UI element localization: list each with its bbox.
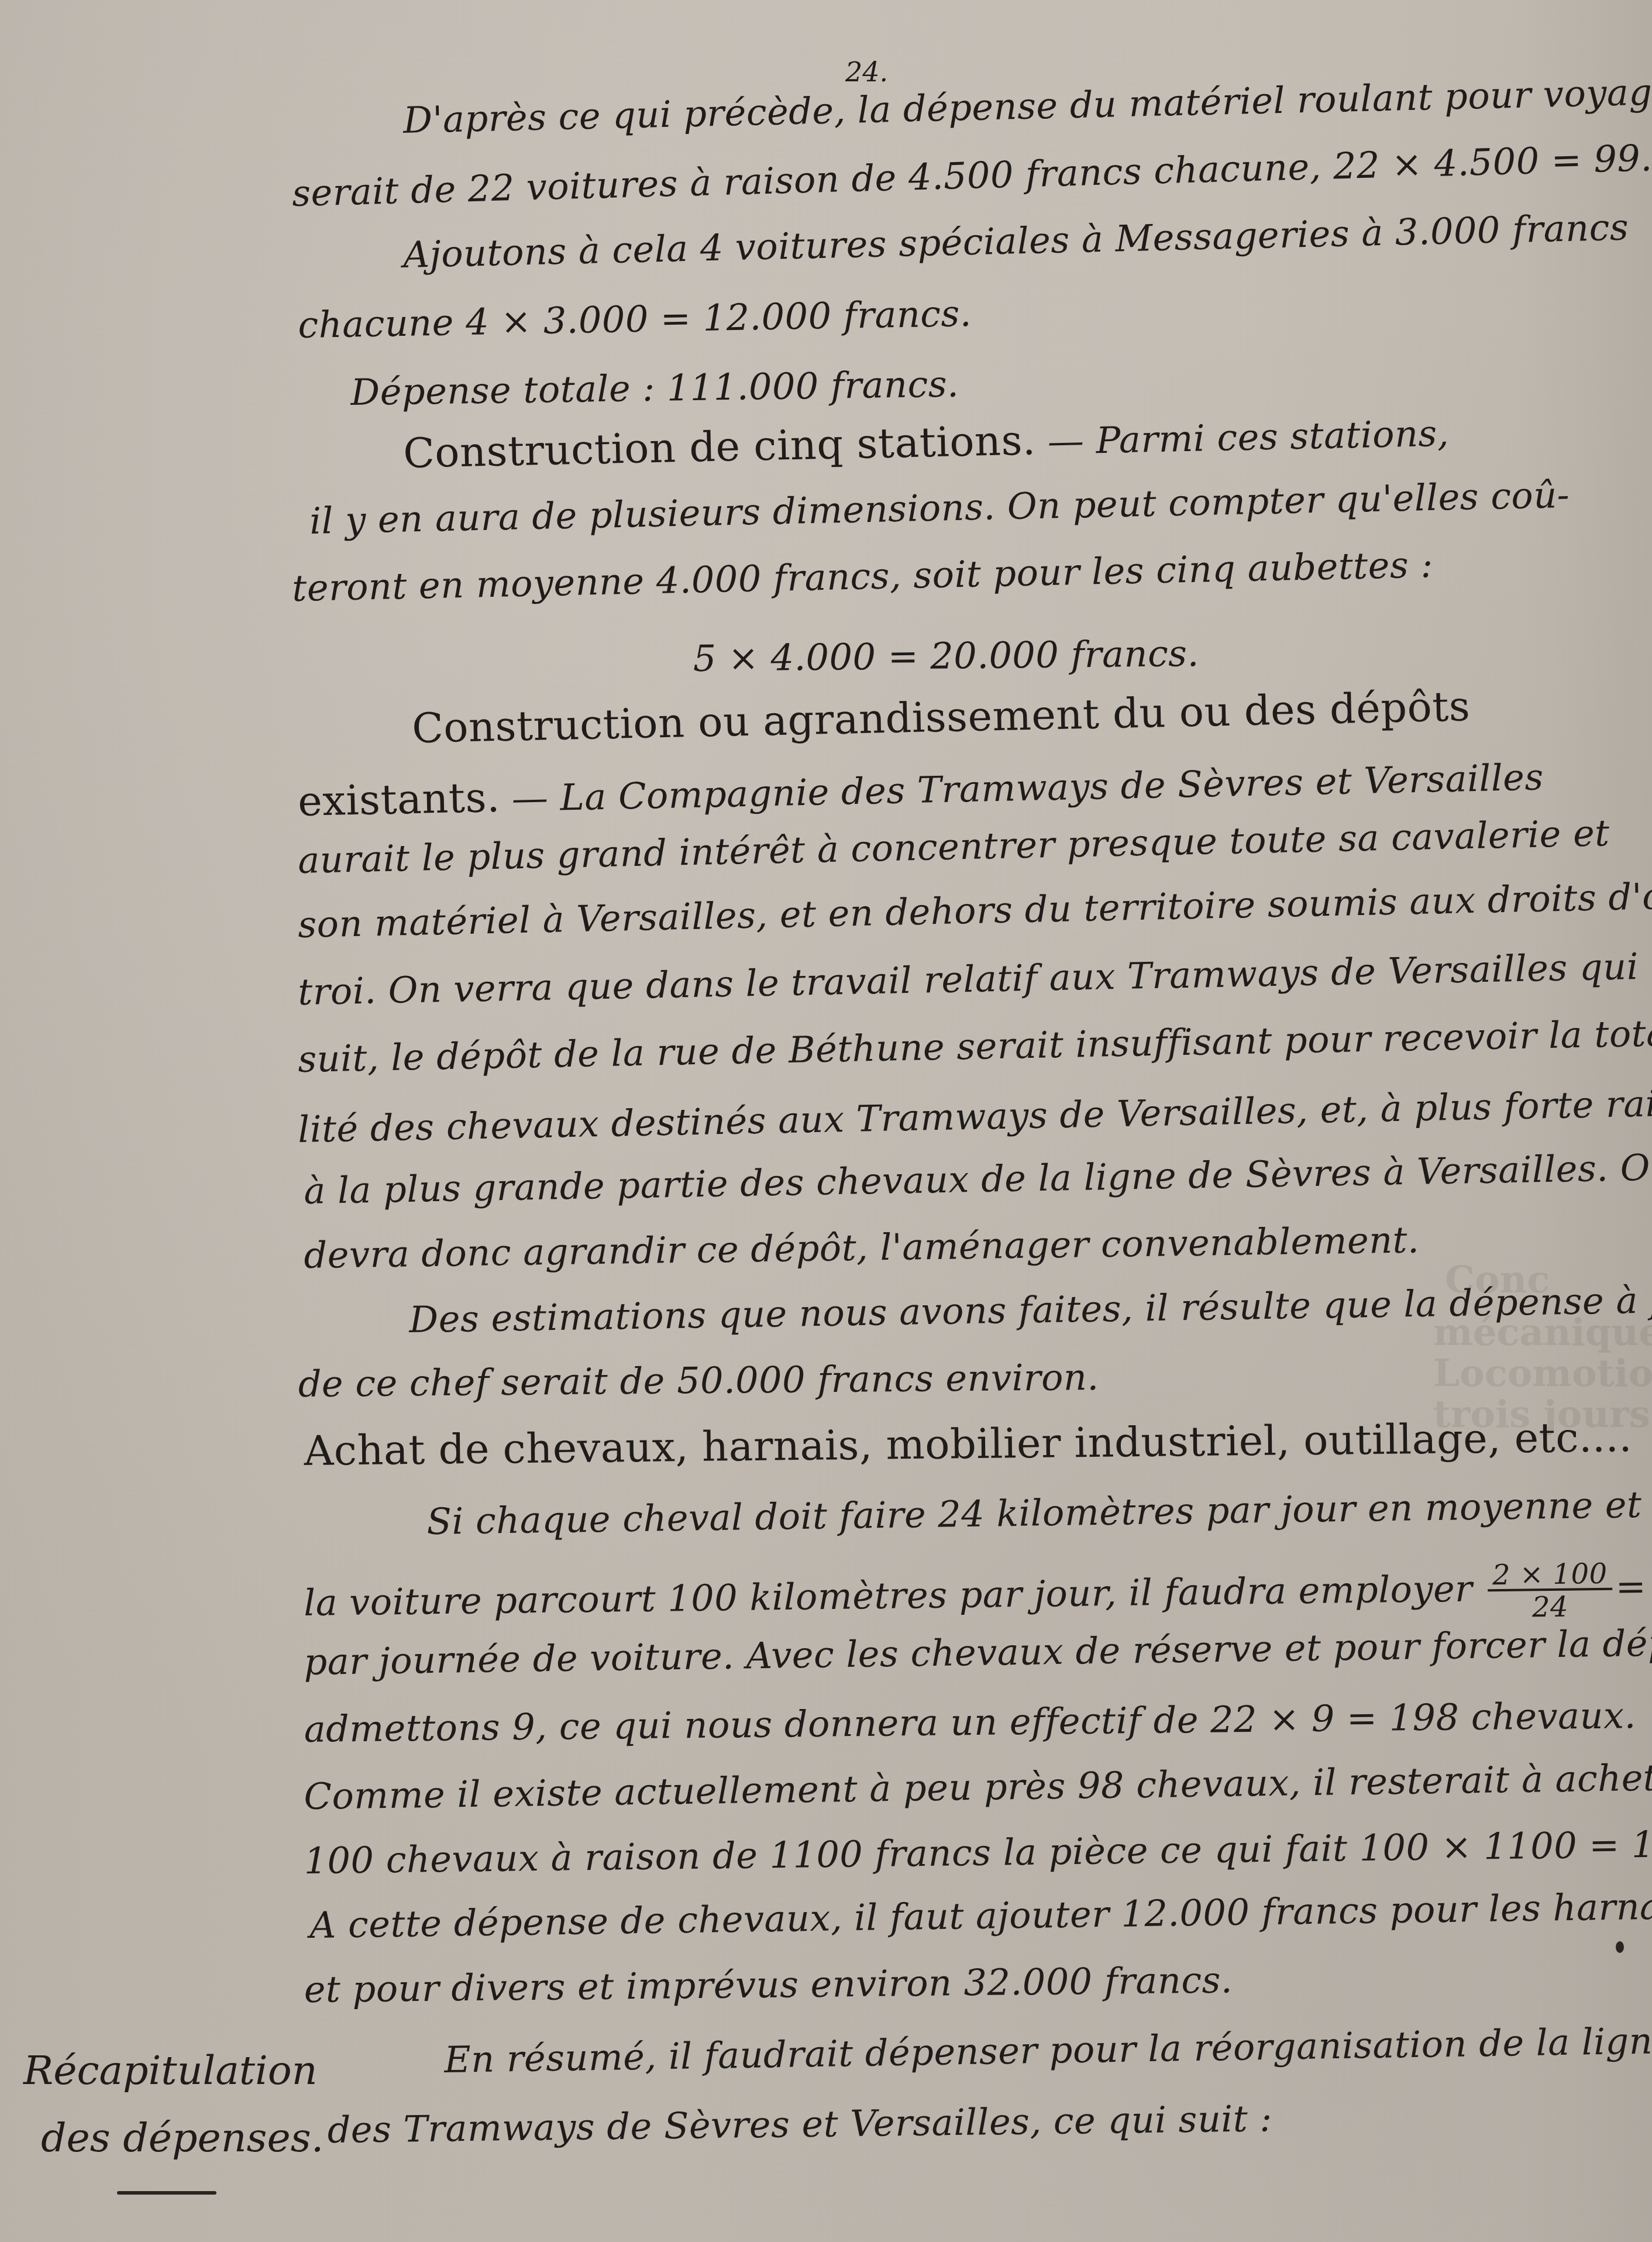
margin-note-title: Récapitulation xyxy=(23,2048,318,2094)
text-line: des Tramways de Sèvres et Versailles, ce… xyxy=(327,2100,1272,2148)
text-line: 5 × 4.000 = 20.000 francs. xyxy=(693,635,1199,677)
section-heading: Construction ou agrandissement du ou des… xyxy=(411,682,1471,752)
ink-spot xyxy=(1616,1941,1624,1953)
heading-continuation: — Parmi ces stations, xyxy=(1035,412,1450,463)
text-line: aurait le plus grand intérêt à concentre… xyxy=(298,815,1610,879)
text-line: Ajoutons à cela 4 voitures spéciales à M… xyxy=(403,209,1629,273)
text-line: En résumé, il faudrait dépenser pour la … xyxy=(444,2023,1652,2078)
fraction: 2 × 100 24 xyxy=(1488,1560,1613,1622)
text-line: A cette dépense de chevaux, il faut ajou… xyxy=(309,1888,1652,1944)
text-line: Dépense totale : 111.000 francs. xyxy=(350,366,959,411)
section-heading-line: existants. — La Compagnie des Tramways d… xyxy=(298,755,1544,822)
text-line: son matériel à Versailles, et en dehors … xyxy=(298,878,1652,943)
text-line: troi. On verra que dans le travail relat… xyxy=(298,948,1639,1010)
text-line: et pour divers et imprévus environ 32.00… xyxy=(304,1962,1233,2008)
fraction-result: = 8.3 xyxy=(1615,1564,1652,1608)
manuscript-page: Conc mécanique Locomotion trois jours 24… xyxy=(0,0,1652,2242)
text-line: Comme il existe actuellement à peu près … xyxy=(304,1759,1652,1815)
text-line: teront en moyenne 4.000 francs, soit pou… xyxy=(292,546,1434,607)
text-line: chacune 4 × 3.000 = 12.000 francs. xyxy=(298,295,972,343)
fraction-numerator: 2 × 100 xyxy=(1488,1560,1612,1592)
page-number: 24. xyxy=(845,56,888,88)
section-heading: existants. xyxy=(297,773,500,826)
section-heading: Construction de cinq stations. xyxy=(402,416,1036,477)
bleed-through-text: Locomotion xyxy=(1433,1352,1652,1395)
text-line: à la plus grande partie des chevaux de l… xyxy=(304,1149,1652,1209)
text-line: Si chaque cheval doit faire 24 kilomètre… xyxy=(426,1486,1652,1540)
margin-note-subtitle: des dépenses. xyxy=(41,2115,323,2161)
text-line: de ce chef serait de 50.000 francs envir… xyxy=(298,1359,1099,1402)
text-line: D'après ce qui précède, la dépense du ma… xyxy=(403,72,1652,139)
heading-continuation: — La Compagnie des Tramways de Sèvres et… xyxy=(500,755,1544,820)
section-heading: Achat de chevaux, harnais, mobilier indu… xyxy=(304,1413,1632,1475)
text-line: il y en aura de plusieurs dimensions. On… xyxy=(309,477,1570,539)
section-heading-line: Achat de chevaux, harnais, mobilier indu… xyxy=(304,1416,1632,1471)
text-line: serait de 22 voitures à raison de 4.500 … xyxy=(291,137,1652,212)
section-heading-line: Construction de cinq stations. — Parmi c… xyxy=(403,411,1450,474)
text-line: lité des chevaux destinés aux Tramways d… xyxy=(298,1084,1652,1148)
text-line: 100 chevaux à raison de 1100 francs la p… xyxy=(304,1824,1652,1879)
text-line: devra donc agrandir ce dépôt, l'aménager… xyxy=(304,1222,1419,1274)
section-heading-line: Construction ou agrandissement du ou des… xyxy=(412,686,1471,749)
text-line: suit, le dépôt de la rue de Béthune sera… xyxy=(298,1015,1652,1078)
line-text: la voiture parcourt 100 kilomètres par j… xyxy=(304,1567,1473,1624)
margin-underline xyxy=(117,2191,216,2195)
fraction-denominator: 24 xyxy=(1532,1590,1569,1621)
text-line: admettons 9, ce qui nous donnera un effe… xyxy=(304,1697,1636,1748)
